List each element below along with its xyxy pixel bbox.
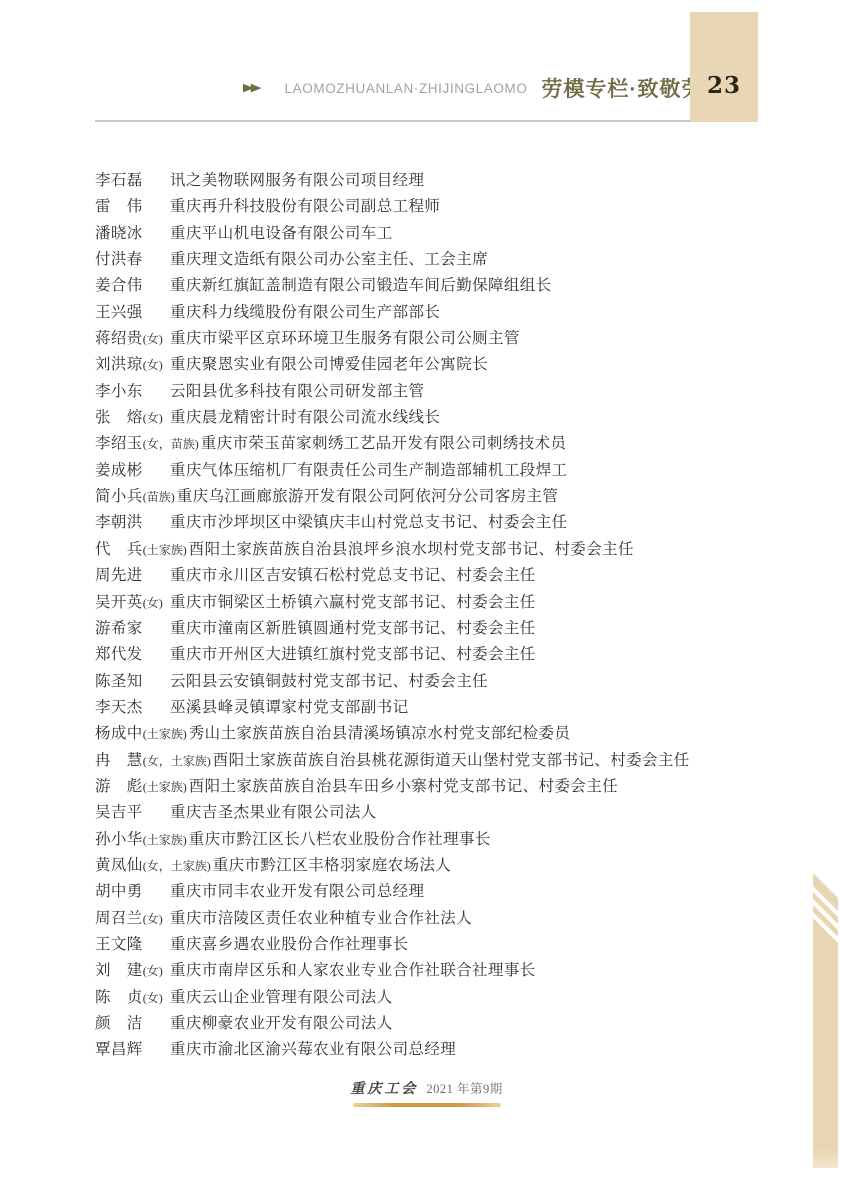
person-description: 重庆柳豪农业开发有限公司法人 bbox=[170, 1011, 393, 1033]
person-description: 酉阳土家族苗族自治县桃花源街道天山堡村党支部书记、村委会主任 bbox=[213, 748, 690, 770]
person-description: 重庆理文造纸有限公司办公室主任、工会主席 bbox=[170, 247, 488, 269]
person-name-block: 周召兰 (女) bbox=[95, 906, 168, 928]
person-name-block: 郑代发 bbox=[95, 642, 168, 664]
list-item: 周召兰 (女) 重庆市涪陵区责任农业种植专业合作社法人 bbox=[95, 906, 735, 932]
person-name: 陈圣知 bbox=[95, 669, 143, 691]
person-description: 云阳县优多科技有限公司研发部主管 bbox=[170, 379, 424, 401]
person-name-block: 刘洪琼 (女) bbox=[95, 352, 168, 374]
person-description: 重庆平山机电设备有限公司车工 bbox=[170, 221, 393, 243]
person-name: 吴吉平 bbox=[95, 800, 143, 822]
person-name-block: 李绍玉 (女，苗族) bbox=[95, 431, 199, 453]
header-divider bbox=[95, 120, 758, 122]
person-description: 重庆气体压缩机厂有限责任公司生产制造部辅机工段焊工 bbox=[170, 458, 568, 480]
person-name: 姜成彬 bbox=[95, 458, 143, 480]
person-name-block: 吴开英 (女) bbox=[95, 590, 168, 612]
person-name: 李石磊 bbox=[95, 168, 143, 190]
list-item: 郑代发 重庆市开州区大进镇红旗村党支部书记、村委会主任 bbox=[95, 642, 735, 668]
list-item: 李朝洪 重庆市沙坪坝区中梁镇庆丰山村党总支书记、村委会主任 bbox=[95, 510, 735, 536]
person-name-block: 杨成中 (土家族) bbox=[95, 721, 187, 743]
person-annotation: (女) bbox=[143, 330, 163, 347]
person-name-block: 游希家 bbox=[95, 616, 168, 638]
person-name-block: 胡中勇 bbox=[95, 879, 168, 901]
person-description: 重庆新红旗缸盖制造有限公司锻造车间后勤保障组组长 bbox=[170, 273, 552, 295]
person-description: 重庆市梁平区京环环境卫生服务有限公司公厕主管 bbox=[170, 326, 520, 348]
list-item: 吴开英 (女) 重庆市铜梁区土桥镇六赢村党支部书记、村委会主任 bbox=[95, 590, 735, 616]
person-annotation: (女，苗族) bbox=[143, 435, 199, 452]
list-item: 黄凤仙 (女，土家族) 重庆市黔江区丰格羽家庭农场法人 bbox=[95, 853, 735, 879]
person-name: 雷 伟 bbox=[95, 194, 143, 216]
person-name-block: 游 彪 (土家族) bbox=[95, 774, 187, 796]
person-description: 云阳县云安镇铜鼓村党支部书记、村委会主任 bbox=[170, 669, 488, 691]
person-description: 酉阳土家族苗族自治县车田乡小寨村党支部书记、村委会主任 bbox=[189, 774, 618, 796]
person-annotation: (女) bbox=[143, 989, 163, 1006]
person-annotation: (女) bbox=[143, 409, 163, 426]
person-description: 重庆乌江画廊旅游开发有限公司阿依河分公司客房主管 bbox=[177, 484, 559, 506]
person-name-block: 蒋绍贵 (女) bbox=[95, 326, 168, 348]
person-name-block: 代 兵 (土家族) bbox=[95, 537, 187, 559]
laureate-list: 李石磊 讯之美物联网服务有限公司项目经理 雷 伟 重庆再升科技股份有限公司副总工… bbox=[95, 168, 735, 1064]
list-item: 吴吉平 重庆吉圣杰果业有限公司法人 bbox=[95, 800, 735, 826]
person-annotation: (女，土家族) bbox=[143, 752, 211, 769]
person-description: 重庆云山企业管理有限公司法人 bbox=[170, 985, 393, 1007]
person-name: 颜 洁 bbox=[95, 1011, 143, 1033]
chevron-bar bbox=[813, 918, 838, 1168]
list-item: 李绍玉 (女，苗族) 重庆市荣玉苗家刺绣工艺品开发有限公司刺绣技术员 bbox=[95, 431, 735, 457]
person-name-block: 简小兵 (苗族) bbox=[95, 484, 175, 506]
magazine-page: ▶▶ LAOMOZHUANLAN·ZHIJINGLAOMO 劳模专栏·致敬劳模 … bbox=[0, 0, 841, 1189]
person-name: 刘 建 bbox=[95, 958, 143, 980]
person-name: 周先进 bbox=[95, 563, 143, 585]
person-description: 重庆市永川区吉安镇石松村党总支书记、村委会主任 bbox=[170, 563, 536, 585]
page-number: 23 bbox=[690, 72, 758, 99]
list-item: 王文隆 重庆喜乡遇农业股份合作社理事长 bbox=[95, 932, 735, 958]
person-description: 重庆晨龙精密计时有限公司流水线线长 bbox=[170, 405, 440, 427]
person-name-block: 王兴强 bbox=[95, 300, 168, 322]
person-name-block: 李朝洪 bbox=[95, 510, 168, 532]
person-name: 孙小华 bbox=[95, 827, 143, 849]
double-arrow-icon: ▶▶ bbox=[243, 82, 259, 95]
person-name: 游希家 bbox=[95, 616, 143, 638]
list-item: 刘 建 (女) 重庆市南岸区乐和人家农业专业合作社联合社理事长 bbox=[95, 958, 735, 984]
list-item: 姜成彬 重庆气体压缩机厂有限责任公司生产制造部辅机工段焊工 bbox=[95, 458, 735, 484]
person-description: 秀山土家族苗族自治县清溪场镇凉水村党支部纪检委员 bbox=[189, 721, 571, 743]
person-name: 刘洪琼 bbox=[95, 352, 143, 374]
person-description: 重庆市同丰农业开发有限公司总经理 bbox=[170, 879, 424, 901]
person-name-block: 颜 洁 bbox=[95, 1011, 168, 1033]
list-item: 姜合伟 重庆新红旗缸盖制造有限公司锻造车间后勤保障组组长 bbox=[95, 273, 735, 299]
person-name: 姜合伟 bbox=[95, 273, 143, 295]
list-item: 雷 伟 重庆再升科技股份有限公司副总工程师 bbox=[95, 194, 735, 220]
list-item: 王兴强 重庆科力线缆股份有限公司生产部部长 bbox=[95, 300, 735, 326]
person-description: 重庆市开州区大进镇红旗村党支部书记、村委会主任 bbox=[170, 642, 536, 664]
list-item: 潘晓冰 重庆平山机电设备有限公司车工 bbox=[95, 221, 735, 247]
person-name: 王文隆 bbox=[95, 932, 143, 954]
person-name-block: 孙小华 (土家族) bbox=[95, 827, 187, 849]
person-name-block: 覃昌辉 bbox=[95, 1037, 168, 1059]
list-item: 李小东 云阳县优多科技有限公司研发部主管 bbox=[95, 379, 735, 405]
list-item: 孙小华 (土家族) 重庆市黔江区长八栏农业股份合作社理事长 bbox=[95, 827, 735, 853]
person-name-block: 刘 建 (女) bbox=[95, 958, 168, 980]
list-item: 李石磊 讯之美物联网服务有限公司项目经理 bbox=[95, 168, 735, 194]
person-description: 重庆市荣玉苗家刺绣工艺品开发有限公司刺绣技术员 bbox=[201, 431, 567, 453]
person-name: 李小东 bbox=[95, 379, 143, 401]
footer-gold-bar bbox=[353, 1103, 501, 1107]
person-description: 重庆市沙坪坝区中梁镇庆丰山村党总支书记、村委会主任 bbox=[170, 510, 568, 532]
person-name: 周召兰 bbox=[95, 906, 143, 928]
person-description: 重庆市黔江区长八栏农业股份合作社理事长 bbox=[189, 827, 491, 849]
list-item: 杨成中 (土家族) 秀山土家族苗族自治县清溪场镇凉水村党支部纪检委员 bbox=[95, 721, 735, 747]
person-description: 巫溪县峰灵镇谭家村党支部副书记 bbox=[170, 695, 409, 717]
page-footer: 重庆工会 2021 年第9期 bbox=[350, 1078, 502, 1107]
list-item: 李天杰 巫溪县峰灵镇谭家村党支部副书记 bbox=[95, 695, 735, 721]
person-description: 重庆市黔江区丰格羽家庭农场法人 bbox=[213, 853, 452, 875]
person-name: 王兴强 bbox=[95, 300, 143, 322]
person-name: 代 兵 bbox=[95, 537, 143, 559]
page-header: ▶▶ LAOMOZHUANLAN·ZHIJINGLAOMO 劳模专栏·致敬劳模 bbox=[243, 72, 725, 104]
person-name: 李天杰 bbox=[95, 695, 143, 717]
person-name: 黄凤仙 bbox=[95, 853, 143, 875]
person-name-block: 李石磊 bbox=[95, 168, 168, 190]
person-description: 重庆市南岸区乐和人家农业专业合作社联合社理事长 bbox=[170, 958, 536, 980]
person-name: 张 熔 bbox=[95, 405, 143, 427]
person-name-block: 陈 贞 (女) bbox=[95, 985, 168, 1007]
person-name: 陈 贞 bbox=[95, 985, 143, 1007]
issue-label: 2021 年第9期 bbox=[426, 1079, 502, 1097]
person-name-block: 周先进 bbox=[95, 563, 168, 585]
person-description: 酉阳土家族苗族自治县浪坪乡浪水坝村党支部书记、村委会主任 bbox=[189, 537, 634, 559]
corner-chevron-decoration bbox=[813, 873, 838, 1168]
list-item: 冉 慧 (女，土家族) 酉阳土家族苗族自治县桃花源街道天山堡村党支部书记、村委会… bbox=[95, 748, 735, 774]
person-annotation: (女) bbox=[143, 962, 163, 979]
person-name: 覃昌辉 bbox=[95, 1037, 143, 1059]
person-annotation: (土家族) bbox=[143, 778, 187, 795]
header-pinyin-label: LAOMOZHUANLAN·ZHIJINGLAOMO bbox=[285, 81, 528, 96]
person-annotation: (土家族) bbox=[143, 541, 187, 558]
person-annotation: (女，土家族) bbox=[143, 857, 211, 874]
person-name-block: 雷 伟 bbox=[95, 194, 168, 216]
person-description: 重庆再升科技股份有限公司副总工程师 bbox=[170, 194, 440, 216]
person-name-block: 吴吉平 bbox=[95, 800, 168, 822]
person-name-block: 黄凤仙 (女，土家族) bbox=[95, 853, 211, 875]
list-item: 代 兵 (土家族) 酉阳土家族苗族自治县浪坪乡浪水坝村党支部书记、村委会主任 bbox=[95, 537, 735, 563]
person-name: 杨成中 bbox=[95, 721, 143, 743]
person-annotation: (女) bbox=[143, 594, 163, 611]
person-name: 蒋绍贵 bbox=[95, 326, 143, 348]
person-annotation: (土家族) bbox=[143, 725, 187, 742]
list-item: 简小兵 (苗族) 重庆乌江画廊旅游开发有限公司阿依河分公司客房主管 bbox=[95, 484, 735, 510]
person-name: 游 彪 bbox=[95, 774, 143, 796]
person-name: 李绍玉 bbox=[95, 431, 143, 453]
person-name-block: 李天杰 bbox=[95, 695, 168, 717]
list-item: 刘洪琼 (女) 重庆聚恩实业有限公司博爱佳园老年公寓院长 bbox=[95, 352, 735, 378]
person-name-block: 王文隆 bbox=[95, 932, 168, 954]
person-annotation: (女) bbox=[143, 910, 163, 927]
list-item: 覃昌辉 重庆市渝北区渝兴莓农业有限公司总经理 bbox=[95, 1037, 735, 1063]
person-name: 胡中勇 bbox=[95, 879, 143, 901]
person-description: 重庆科力线缆股份有限公司生产部部长 bbox=[170, 300, 440, 322]
journal-name: 重庆工会 bbox=[350, 1078, 418, 1098]
person-name-block: 姜成彬 bbox=[95, 458, 168, 480]
footer-text: 重庆工会 2021 年第9期 bbox=[350, 1078, 502, 1098]
list-item: 付洪春 重庆理文造纸有限公司办公室主任、工会主席 bbox=[95, 247, 735, 273]
list-item: 陈 贞 (女) 重庆云山企业管理有限公司法人 bbox=[95, 985, 735, 1011]
person-description: 重庆市涪陵区责任农业种植专业合作社法人 bbox=[170, 906, 472, 928]
person-annotation: (苗族) bbox=[143, 488, 175, 505]
person-name: 冉 慧 bbox=[95, 748, 143, 770]
list-item: 蒋绍贵 (女) 重庆市梁平区京环环境卫生服务有限公司公厕主管 bbox=[95, 326, 735, 352]
list-item: 张 熔 (女) 重庆晨龙精密计时有限公司流水线线长 bbox=[95, 405, 735, 431]
person-description: 讯之美物联网服务有限公司项目经理 bbox=[170, 168, 424, 190]
person-name-block: 冉 慧 (女，土家族) bbox=[95, 748, 211, 770]
person-description: 重庆市渝北区渝兴莓农业有限公司总经理 bbox=[170, 1037, 456, 1059]
person-name-block: 付洪春 bbox=[95, 247, 168, 269]
list-item: 胡中勇 重庆市同丰农业开发有限公司总经理 bbox=[95, 879, 735, 905]
person-description: 重庆聚恩实业有限公司博爱佳园老年公寓院长 bbox=[170, 352, 488, 374]
person-annotation: (土家族) bbox=[143, 831, 187, 848]
list-item: 陈圣知 云阳县云安镇铜鼓村党支部书记、村委会主任 bbox=[95, 669, 735, 695]
person-description: 重庆市铜梁区土桥镇六赢村党支部书记、村委会主任 bbox=[170, 590, 536, 612]
page-number-box: 23 bbox=[690, 12, 758, 122]
person-name-block: 姜合伟 bbox=[95, 273, 168, 295]
person-annotation: (女) bbox=[143, 356, 163, 373]
person-name: 潘晓冰 bbox=[95, 221, 143, 243]
list-item: 游 彪 (土家族) 酉阳土家族苗族自治县车田乡小寨村党支部书记、村委会主任 bbox=[95, 774, 735, 800]
person-description: 重庆喜乡遇农业股份合作社理事长 bbox=[170, 932, 409, 954]
person-name: 付洪春 bbox=[95, 247, 143, 269]
list-item: 颜 洁 重庆柳豪农业开发有限公司法人 bbox=[95, 1011, 735, 1037]
list-item: 游希家 重庆市潼南区新胜镇圆通村党支部书记、村委会主任 bbox=[95, 616, 735, 642]
person-name-block: 李小东 bbox=[95, 379, 168, 401]
person-name: 吴开英 bbox=[95, 590, 143, 612]
person-name-block: 张 熔 (女) bbox=[95, 405, 168, 427]
person-description: 重庆吉圣杰果业有限公司法人 bbox=[170, 800, 377, 822]
person-description: 重庆市潼南区新胜镇圆通村党支部书记、村委会主任 bbox=[170, 616, 536, 638]
person-name-block: 陈圣知 bbox=[95, 669, 168, 691]
person-name: 郑代发 bbox=[95, 642, 143, 664]
person-name: 简小兵 bbox=[95, 484, 143, 506]
person-name: 李朝洪 bbox=[95, 510, 143, 532]
person-name-block: 潘晓冰 bbox=[95, 221, 168, 243]
list-item: 周先进 重庆市永川区吉安镇石松村党总支书记、村委会主任 bbox=[95, 563, 735, 589]
